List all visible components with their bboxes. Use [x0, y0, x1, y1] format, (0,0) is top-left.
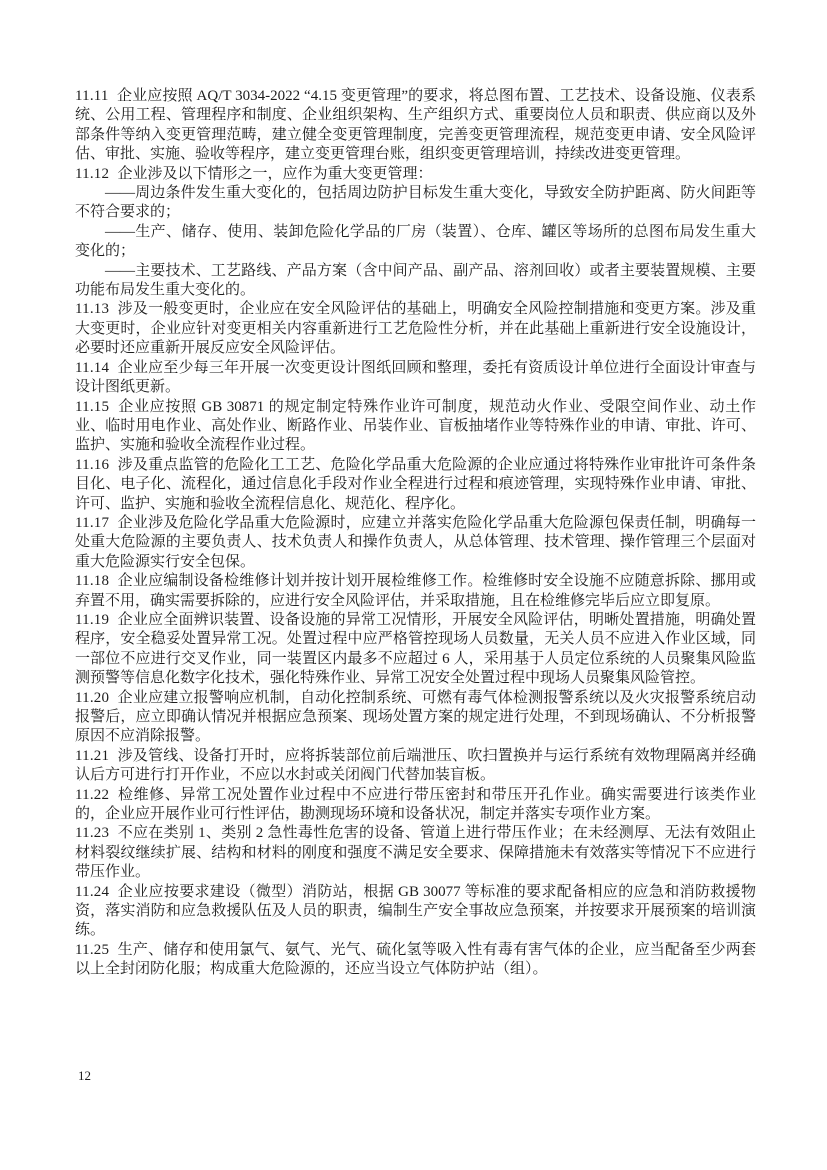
clause-11-12-item-1: ——周边条件发生重大变化的，包括周边防护目标发生重大变化，导致安全防护距离、防火…	[75, 184, 756, 223]
clause-11-24: 11.24企业应按要求建设（微型）消防站，根据 GB 30077 等标准的要求配…	[75, 883, 756, 941]
clause-11-19: 11.19企业应全面辨识装置、设备设施的异常工况情形，开展安全风险评估，明晰处置…	[75, 611, 756, 689]
clause-text: 不应在类别 1、类别 2 急性毒性危害的设备、管道上进行带压作业；在未经测厚、无…	[75, 825, 756, 880]
page-number: 12	[78, 1068, 91, 1083]
clause-11-12-item-3: ——主要技术、工艺路线、产品方案（含中间产品、副产品、溶剂回收）或者主要装置规模…	[75, 262, 756, 301]
clause-text: 涉及一般变更时，企业应在安全风险评估的基础上，明确安全风险控制措施和变更方案。涉…	[75, 301, 756, 356]
clause-number: 11.13	[75, 301, 109, 317]
clause-text: 企业应按要求建设（微型）消防站，根据 GB 30077 等标准的要求配备相应的应…	[75, 884, 756, 939]
clause-number: 11.25	[75, 942, 109, 958]
clause-11-21: 11.21涉及管线、设备打开时，应将拆装部位前后端泄压、吹扫置换并与运行系统有效…	[75, 747, 756, 786]
clause-11-18: 11.18企业应编制设备检维修计划并按计划开展检维修工作。检维修时安全设施不应随…	[75, 572, 756, 611]
clause-text: 企业应全面辨识装置、设备设施的异常工况情形，开展安全风险评估，明晰处置措施，明确…	[75, 612, 756, 686]
clause-text: 企业应至少每三年开展一次变更设计图纸回顾和整理，委托有资质设计单位进行全面设计审…	[75, 360, 756, 395]
clause-text: 涉及管线、设备打开时，应将拆装部位前后端泄压、吹扫置换并与运行系统有效物理隔离并…	[75, 748, 756, 783]
clause-number: 11.16	[75, 457, 109, 473]
clause-number: 11.20	[75, 690, 109, 706]
clause-11-12-item-2: ——生产、储存、使用、装卸危险化学品的厂房（装置）、仓库、罐区等场所的总图布局发…	[75, 223, 756, 262]
clause-text: 企业应按照 GB 30871 的规定制定特殊作业许可制度，规范动火作业、受限空间…	[75, 399, 756, 454]
clause-11-12: 11.12企业涉及以下情形之一，应作为重大变更管理：	[75, 165, 756, 184]
clause-number: 11.24	[75, 884, 109, 900]
clause-text: 企业应建立报警响应机制，自动化控制系统、可燃有毒气体检测报警系统以及火灾报警系统…	[75, 690, 756, 745]
page-footer: 12	[78, 1068, 91, 1084]
clause-number: 11.19	[75, 612, 109, 628]
clause-number: 11.15	[75, 399, 109, 415]
clause-11-11: 11.11企业应按照 AQ/T 3034-2022 “4.15 变更管理”的要求…	[75, 87, 756, 165]
clause-number: 11.12	[75, 166, 109, 182]
clause-number: 11.18	[75, 573, 109, 589]
clause-number: 11.17	[75, 515, 109, 531]
clause-number: 11.11	[75, 88, 109, 104]
clause-text: 检维修、异常工况处置作业过程中不应进行带压密封和带压开孔作业。确实需要进行该类作…	[75, 787, 756, 822]
clause-text: 涉及重点监管的危险化工工艺、危险化学品重大危险源的企业应通过将特殊作业审批许可条…	[75, 457, 756, 512]
clause-number: 11.23	[75, 825, 109, 841]
clause-11-23: 11.23不应在类别 1、类别 2 急性毒性危害的设备、管道上进行带压作业；在未…	[75, 824, 756, 882]
document-page: 11.11企业应按照 AQ/T 3034-2022 “4.15 变更管理”的要求…	[0, 0, 827, 1170]
clause-number: 11.14	[75, 360, 109, 376]
clause-11-17: 11.17企业涉及危险化学品重大危险源时，应建立并落实危险化学品重大危险源包保责…	[75, 514, 756, 572]
clause-11-13: 11.13涉及一般变更时，企业应在安全风险评估的基础上，明确安全风险控制措施和变…	[75, 300, 756, 358]
clause-text: 企业应按照 AQ/T 3034-2022 “4.15 变更管理”的要求，将总图布…	[75, 88, 756, 162]
clause-text: 企业涉及以下情形之一，应作为重大变更管理：	[117, 166, 432, 182]
clause-11-22: 11.22检维修、异常工况处置作业过程中不应进行带压密封和带压开孔作业。确实需要…	[75, 786, 756, 825]
clause-text: 企业应编制设备检维修计划并按计划开展检维修工作。检维修时安全设施不应随意拆除、挪…	[75, 573, 756, 608]
clause-number: 11.22	[75, 787, 109, 803]
document-body: 11.11企业应按照 AQ/T 3034-2022 “4.15 变更管理”的要求…	[75, 87, 756, 980]
clause-11-25: 11.25生产、储存和使用氯气、氨气、光气、硫化氢等吸入性有毒有害气体的企业，应…	[75, 941, 756, 980]
clause-11-14: 11.14企业应至少每三年开展一次变更设计图纸回顾和整理，委托有资质设计单位进行…	[75, 359, 756, 398]
clause-11-20: 11.20企业应建立报警响应机制，自动化控制系统、可燃有毒气体检测报警系统以及火…	[75, 689, 756, 747]
clause-11-15: 11.15企业应按照 GB 30871 的规定制定特殊作业许可制度，规范动火作业…	[75, 398, 756, 456]
clause-11-16: 11.16涉及重点监管的危险化工工艺、危险化学品重大危险源的企业应通过将特殊作业…	[75, 456, 756, 514]
clause-text: 企业涉及危险化学品重大危险源时，应建立并落实危险化学品重大危险源包保责任制，明确…	[75, 515, 756, 570]
clause-number: 11.21	[75, 748, 109, 764]
clause-text: 生产、储存和使用氯气、氨气、光气、硫化氢等吸入性有毒有害气体的企业，应当配备至少…	[75, 942, 756, 977]
